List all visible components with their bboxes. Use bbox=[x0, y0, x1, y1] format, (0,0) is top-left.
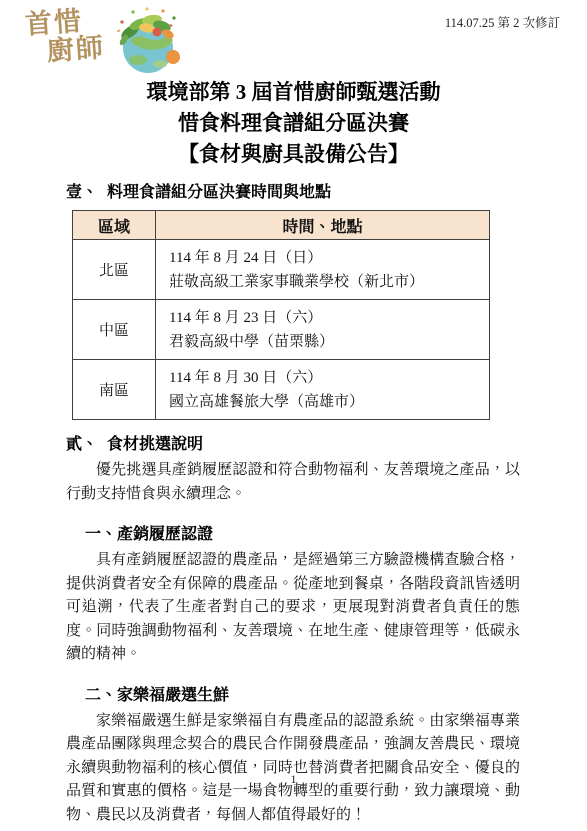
event-date: 114 年 8 月 24 日（日） bbox=[169, 246, 483, 270]
shou-xi-chef-logo: 首惜 廚師 bbox=[26, 6, 196, 74]
region-cell-north: 北區 bbox=[73, 240, 156, 300]
table-header-row: 區域 時間、地點 bbox=[73, 211, 490, 240]
event-venue: 莊敬高級工業家事職業學校（新北市） bbox=[169, 270, 483, 294]
detail-cell-central: 114 年 8 月 23 日（六） 君毅高級中學（苗栗縣） bbox=[156, 300, 490, 360]
document-body: 壹、料理食譜組分區決賽時間與地點 區域 時間、地點 北區 114 年 8 月 2… bbox=[0, 179, 587, 827]
event-venue: 國立高雄餐旅大學（高雄市） bbox=[169, 390, 483, 414]
logo-globe-vegetables-icon bbox=[100, 4, 196, 78]
document-title: 環境部第 3 屆首惜廚師甄選活動 惜食料理食譜組分區決賽 【食材與廚具設備公告】 bbox=[0, 77, 587, 170]
document-header: 首惜 廚師 bbox=[0, 0, 587, 75]
section1-number: 壹、 bbox=[66, 184, 98, 201]
table-row: 南區 114 年 8 月 30 日（六） 國立高雄餐旅大學（高雄市） bbox=[73, 360, 490, 420]
section2-number: 貳、 bbox=[66, 436, 98, 453]
logo-wordmark: 首惜 廚師 bbox=[24, 5, 106, 67]
region-cell-central: 中區 bbox=[73, 300, 156, 360]
logo-line2: 廚師 bbox=[46, 34, 106, 66]
revision-note: 114.07.25 第 2 次修訂 bbox=[445, 13, 560, 31]
table-row: 北區 114 年 8 月 24 日（日） 莊敬高級工業家事職業學校（新北市） bbox=[73, 240, 490, 300]
section1-heading: 壹、料理食譜組分區決賽時間與地點 bbox=[66, 179, 520, 202]
title-line-2: 惜食料理食譜組分區決賽 bbox=[0, 108, 587, 139]
event-date: 114 年 8 月 30 日（六） bbox=[169, 366, 483, 390]
section2-intro-paragraph: 優先挑選具產銷履歷認證和符合動物福利、友善環境之產品，以行動支持惜食與永續理念。 bbox=[66, 459, 520, 506]
event-venue: 君毅高級中學（苗栗縣） bbox=[169, 330, 483, 354]
section2-heading: 貳、食材挑選說明 bbox=[66, 431, 520, 454]
detail-cell-south: 114 年 8 月 30 日（六） 國立高雄餐旅大學（高雄市） bbox=[156, 360, 490, 420]
subsection1-heading: 一、產銷履歷認證 bbox=[85, 521, 520, 544]
column-header-time-place: 時間、地點 bbox=[156, 211, 490, 240]
subsection2-paragraph: 家樂福嚴選生鮮是家樂福自有農產品的認證系統。由家樂福專業農產品團隊與理念契合的農… bbox=[66, 710, 520, 828]
page-number: 1 bbox=[0, 772, 587, 787]
section1-title: 料理食譜組分區決賽時間與地點 bbox=[107, 184, 331, 201]
column-header-region: 區域 bbox=[73, 211, 156, 240]
document-page: 首惜 廚師 bbox=[0, 0, 587, 831]
subsection2-heading: 二、家樂福嚴選生鮮 bbox=[85, 682, 520, 705]
detail-cell-north: 114 年 8 月 24 日（日） 莊敬高級工業家事職業學校（新北市） bbox=[156, 240, 490, 300]
region-cell-south: 南區 bbox=[73, 360, 156, 420]
title-line-3: 【食材與廚具設備公告】 bbox=[0, 139, 587, 170]
venue-schedule-table: 區域 時間、地點 北區 114 年 8 月 24 日（日） 莊敬高級工業家事職業… bbox=[72, 210, 490, 420]
section2-title: 食材挑選說明 bbox=[107, 436, 203, 453]
subsection1-paragraph: 具有產銷履歷認證的農產品，是經過第三方驗證機構查驗合格，提供消費者安全有保障的農… bbox=[66, 549, 520, 667]
title-line-1: 環境部第 3 屆首惜廚師甄選活動 bbox=[0, 77, 587, 108]
table-row: 中區 114 年 8 月 23 日（六） 君毅高級中學（苗栗縣） bbox=[73, 300, 490, 360]
event-date: 114 年 8 月 23 日（六） bbox=[169, 306, 483, 330]
